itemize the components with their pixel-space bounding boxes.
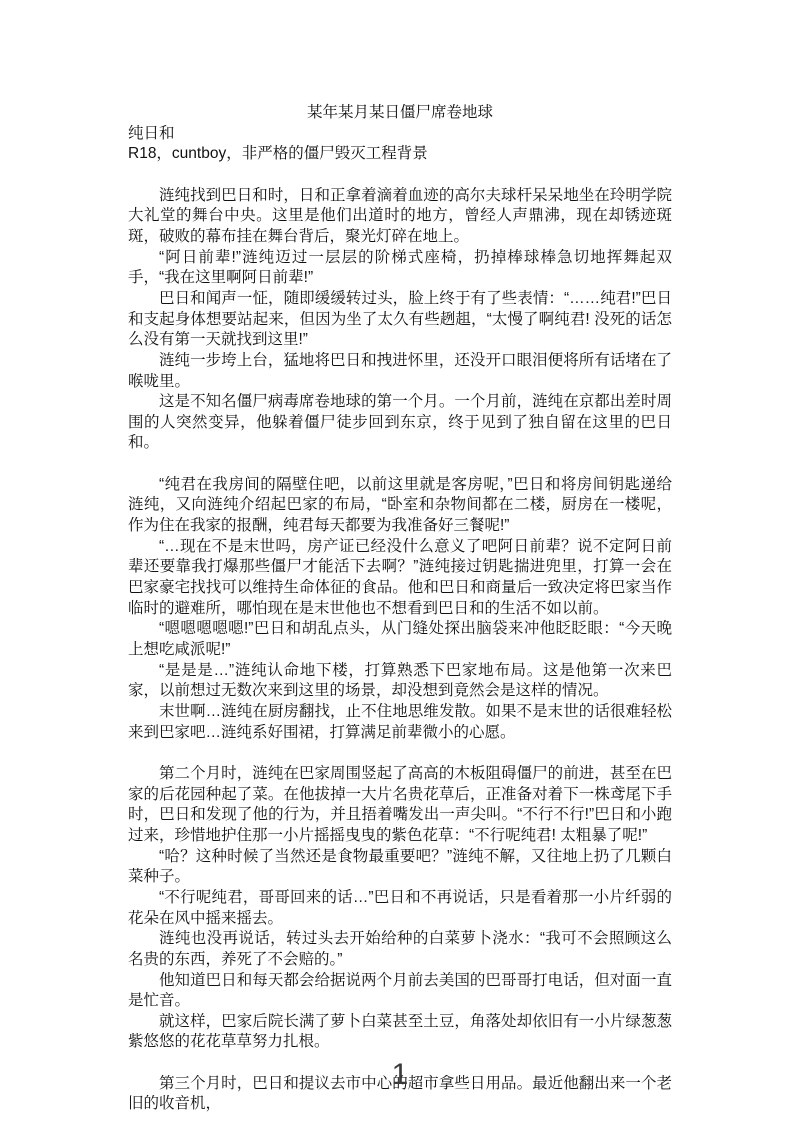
paragraph: 涟纯一步垮上台，猛地将巴日和拽进怀里，还没开口眼泪便将所有话堵在了喉咙里。 — [128, 351, 672, 392]
paragraph: “…现在不是末世吗，房产证已经没什么意义了吧阿日前辈？说不定阿日前辈还要靠我打爆… — [128, 537, 672, 620]
paragraph: “不行呢纯君，哥哥回来的话…”巴日和不再说话，只是看着那一小片纤弱的花朵在风中摇… — [128, 888, 672, 929]
paragraph: 这是不知名僵尸病毒席卷地球的第一个月。一个月前，涟纯在京都出差时周围的人突然变异… — [128, 392, 672, 454]
author-line: 纯日和 — [128, 124, 672, 145]
document-page: 某年某月某日僵尸席卷地球 纯日和 R18，cuntboy，非严格的僵尸毁灭工程背… — [0, 0, 800, 1122]
document-content: 某年某月某日僵尸席卷地球 纯日和 R18，cuntboy，非严格的僵尸毁灭工程背… — [128, 103, 672, 1115]
section-1: 涟纯找到巴日和时，日和正拿着滴着血迹的高尔夫球杆呆呆地坐在玲明学院大礼堂的舞台中… — [128, 186, 672, 455]
paragraph: 巴日和闻声一怔，随即缓缓转过头，脸上终于有了些表情：“……纯君!”巴日和支起身体… — [128, 289, 672, 351]
paragraph: 他知道巴日和每天都会给据说两个月前去美国的巴哥哥打电话，但对面一直是忙音。 — [128, 971, 672, 1012]
paragraph: 就这样，巴家后院长满了萝卜白菜甚至土豆，角落处却依旧有一小片绿葱葱紫悠悠的花花草… — [128, 1012, 672, 1053]
paragraph: “嗯嗯嗯嗯嗯!”巴日和胡乱点头，从门缝处探出脑袋来冲他眨眨眼：“今天晚上想吃咸派… — [128, 619, 672, 660]
paragraph: 涟纯找到巴日和时，日和正拿着滴着血迹的高尔夫球杆呆呆地坐在玲明学院大礼堂的舞台中… — [128, 186, 672, 248]
paragraph: “阿日前辈!”涟纯迈过一层层的阶梯式座椅，扔掉棒球棒急切地挥舞起双手，“我在这里… — [128, 248, 672, 289]
paragraph: “哈？这种时候了当然还是食物最重要吧？”涟纯不解，又往地上扔了几颗白菜种子。 — [128, 847, 672, 888]
paragraph: 末世啊…涟纯在厨房翻找，止不住地思维发散。如果不是末世的话很难轻松来到巴家吧…涟… — [128, 702, 672, 743]
section-2: “纯君在我房间的隔壁住吧，以前这里就是客房呢，”巴日和将房间钥匙递给涟纯，又向涟… — [128, 475, 672, 744]
paragraph: “纯君在我房间的隔壁住吧，以前这里就是客房呢，”巴日和将房间钥匙递给涟纯，又向涟… — [128, 475, 672, 537]
paragraph: 涟纯也没再说话，转过头去开始给种的白菜萝卜浇水：“我可不会照顾这么名贵的东西，养… — [128, 929, 672, 970]
page-number: 1 — [0, 1058, 800, 1092]
tags-line: R18，cuntboy，非严格的僵尸毁灭工程背景 — [128, 144, 672, 165]
document-title: 某年某月某日僵尸席卷地球 — [128, 103, 672, 124]
section-3: 第二个月时，涟纯在巴家周围竖起了高高的木板阻碍僵尸的前进，甚至在巴家的后花园种起… — [128, 764, 672, 1053]
paragraph: 第二个月时，涟纯在巴家周围竖起了高高的木板阻碍僵尸的前进，甚至在巴家的后花园种起… — [128, 764, 672, 847]
document-body: 涟纯找到巴日和时，日和正拿着滴着血迹的高尔夫球杆呆呆地坐在玲明学院大礼堂的舞台中… — [128, 186, 672, 1115]
paragraph: “是是是…”涟纯认命地下楼，打算熟悉下巴家地布局。这是他第一次来巴家，以前想过无… — [128, 661, 672, 702]
